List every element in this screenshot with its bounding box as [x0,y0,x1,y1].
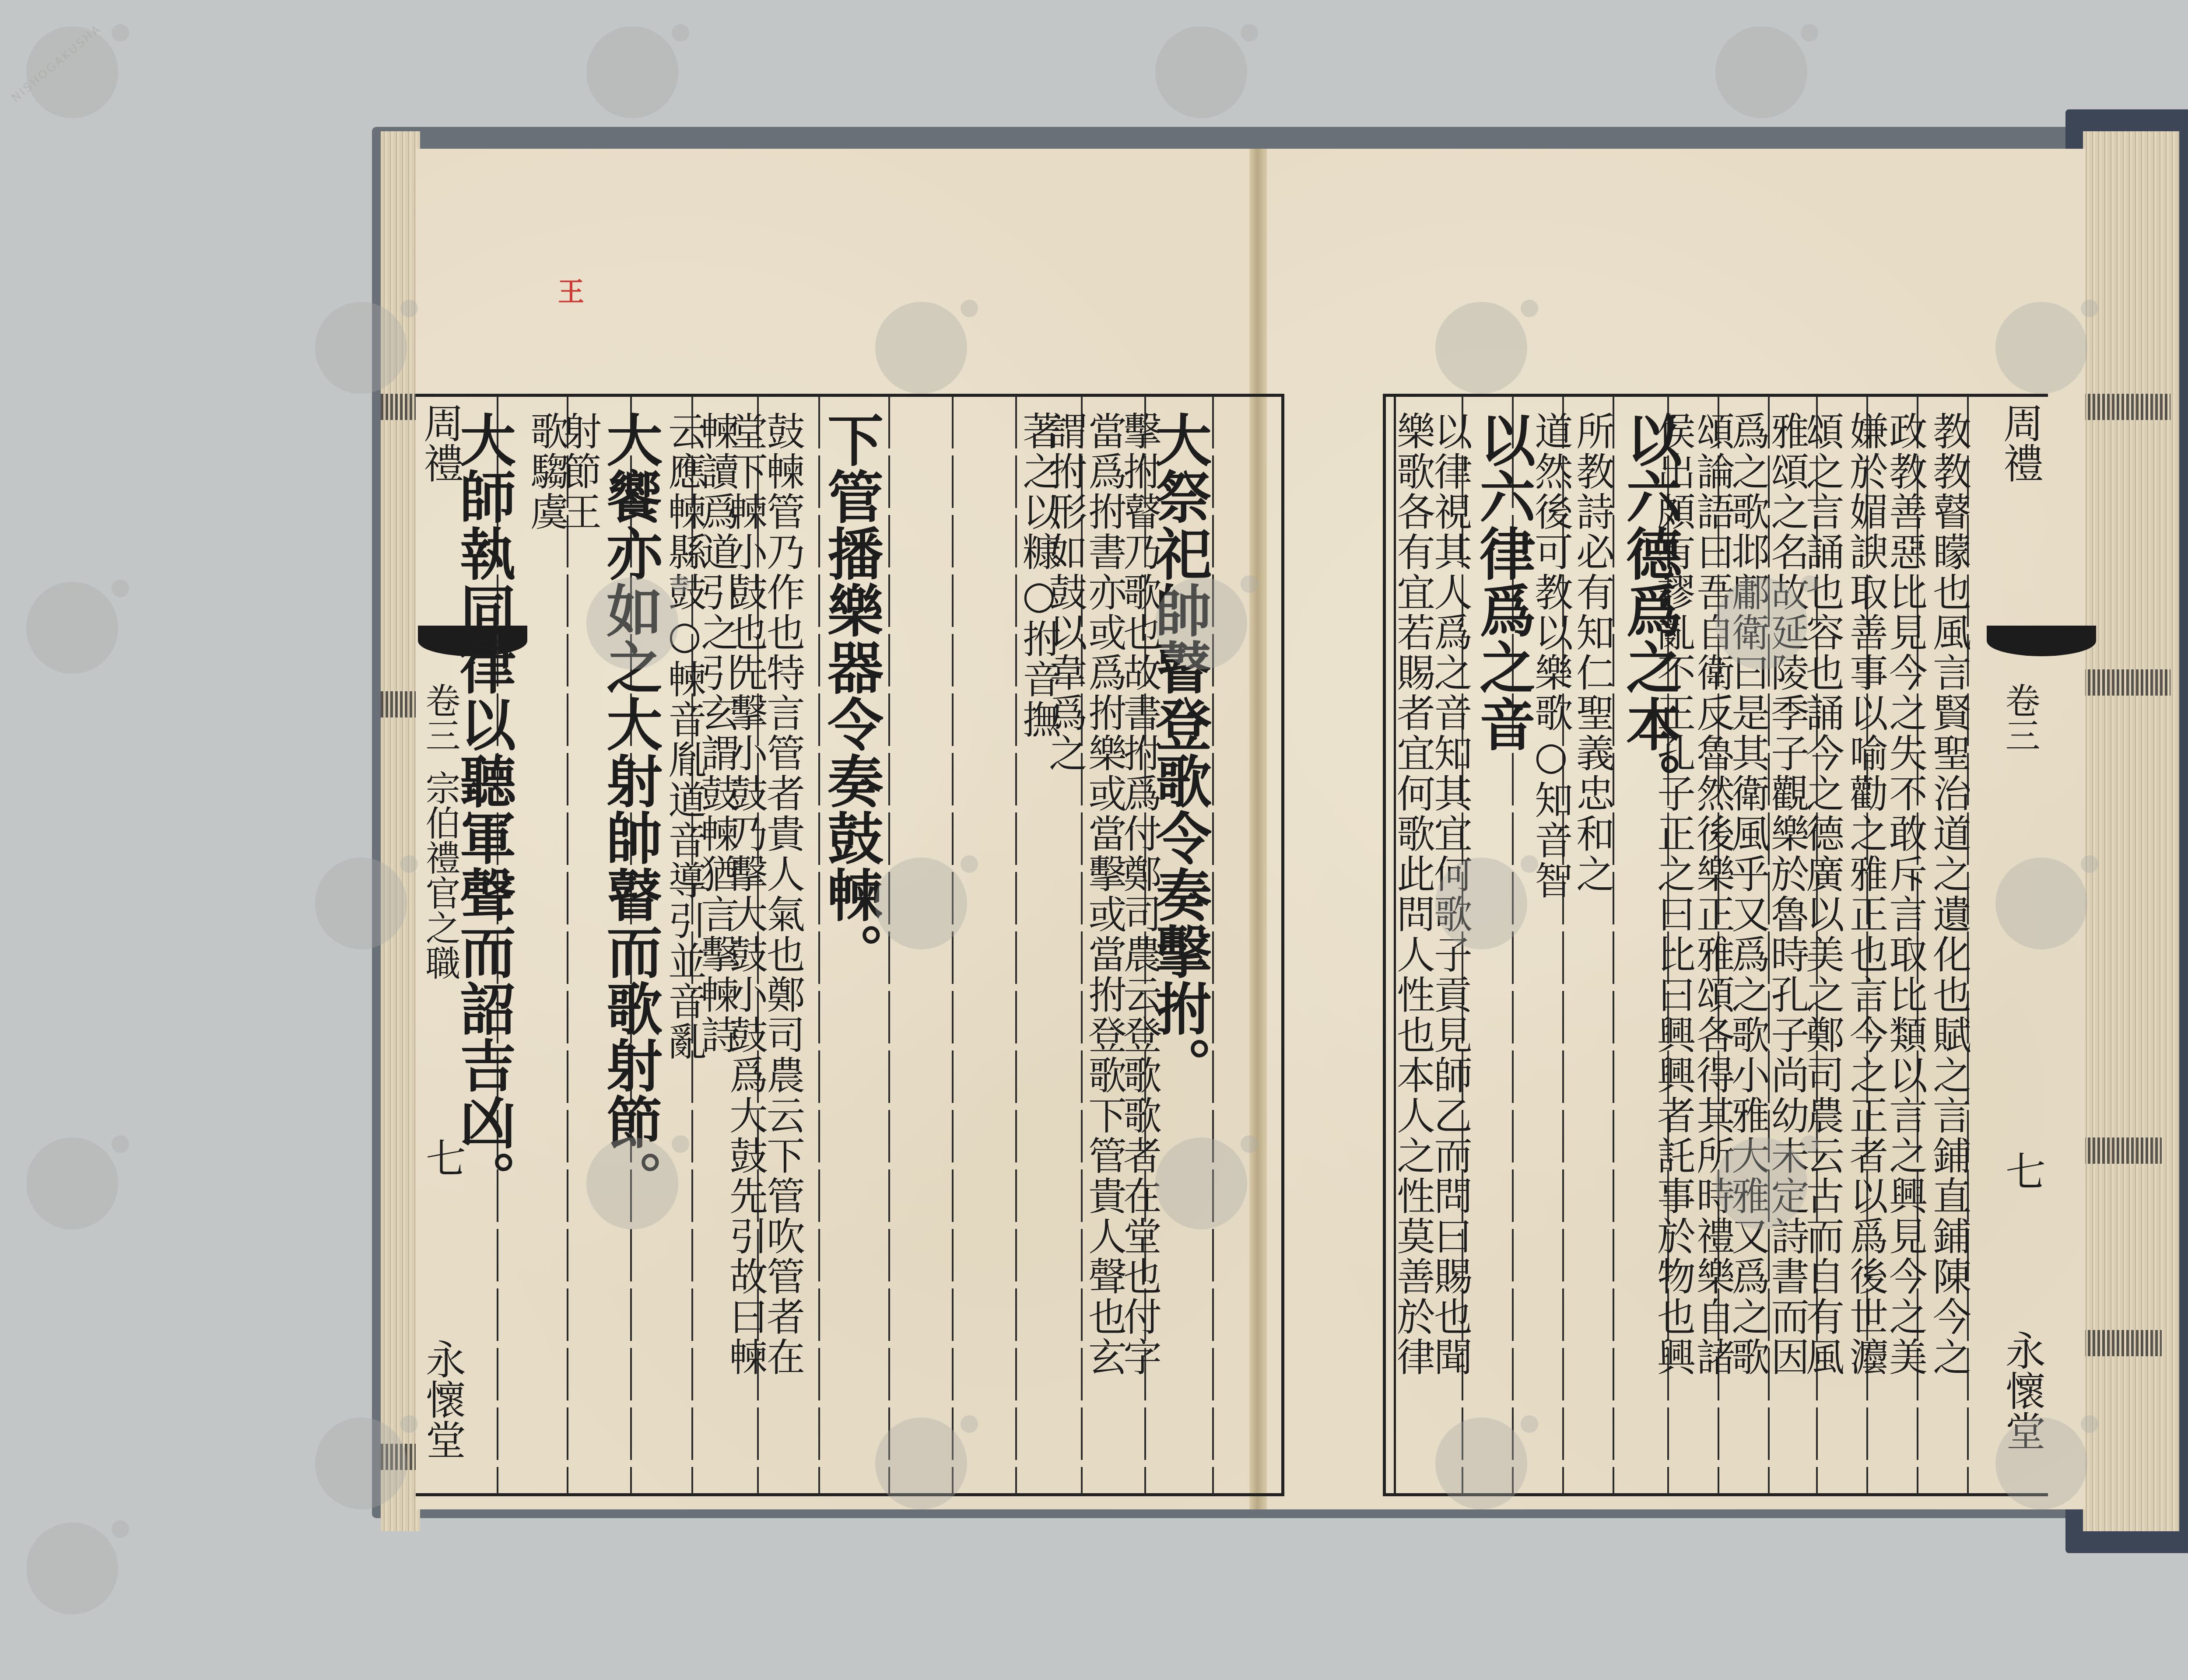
watermark-logo [1155,26,1247,118]
watermark-logo [1995,857,2087,949]
text-column-note: 雅頌之名故延陵季子觀樂於魯時孔子尚幼未定詩書而因 [1768,411,1806,1479]
watermark-logo [315,1417,407,1509]
red-stamp: 王 [558,271,584,309]
watermark-logo [1155,1137,1247,1229]
watermark-logo [875,302,967,394]
watermark-logo [1435,1417,1527,1509]
text-column-main: 大饗亦如之大射帥瞽而歌射節。 [602,411,658,1479]
right-leaf-number: 七 [2002,1151,2042,1191]
watermark-logo [315,857,407,949]
right-margin-volume: 卷三 [2002,682,2037,752]
text-column-note: 道然後可教以樂歌○知音智 [1532,411,1570,1479]
watermark-logo [1715,1137,1807,1229]
text-column-note: 所教詩必有知仁聖義忠和之 [1573,411,1612,1479]
text-column-note: 頌論語曰吾自衛反魯然後樂正雅頌各得其所時禮樂自諸 [1694,411,1732,1479]
watermark-logo [1715,577,1807,669]
watermark-logo [586,26,678,118]
text-column-note: 當爲拊書亦或爲拊樂或當擊或當拊登歌下管貴人聲也玄 [1085,411,1124,1479]
right-fishtail [1987,626,2096,656]
text-column-note: 樂歌各有宜若賜者宜何歌此問人性也本人之性莫善於律 [1394,411,1432,1479]
watermark-logo [1995,302,2087,394]
watermark-logo [875,857,967,949]
text-column-note: 著之以糠○拊音撫 [1020,411,1058,1479]
watermark-logo [26,582,118,674]
text-column-main: 大師執同律以聽軍聲而詔吉凶。 [455,411,511,1479]
watermark-logo [586,577,678,669]
column-rule [888,396,890,1494]
watermark-logo [1435,302,1527,394]
text-column-main: 以六德爲之本。 [1621,411,1677,1479]
watermark-logo [1435,857,1527,949]
text-column-note: 射節王 [560,411,599,1479]
column-rule [1212,396,1214,1494]
watermark-logo [26,1522,118,1614]
text-column-note: 政教善惡比見今之失不敢斥言取比類以言之興見今之美 [1886,411,1925,1479]
text-column-note: 教教瞽矇也風言賢聖治道之遺化也賦之言鋪直鋪陳今之 [1930,411,1968,1479]
text-column-note: 歌騶虞 [527,411,566,1479]
fore-edge-right [2083,131,2179,1531]
watermark-logo [315,302,407,394]
text-column-note: 鼓朄管乃作也特言管者貴人氣也鄭司農云下管吹管者在 [764,411,802,1479]
text-column-note: 嫌於媚諛取善事以喻勸之雅正也言今之正者以爲後世灋 [1847,411,1885,1479]
watermark-logo [1995,1417,2087,1509]
text-column-note: 云應朄縣鼓○朄音胤道音導引並音亂 [665,411,704,1479]
watermark-logo [26,1137,118,1229]
watermark-logo [1155,577,1247,669]
column-rule [952,396,954,1494]
text-column-main: 下管播樂器令奏鼓朄。 [823,411,879,1479]
watermark-logo [1715,26,1807,118]
watermark-logo [875,1417,967,1509]
right-margin-title: 周禮 [2000,402,2040,483]
watermark-logo [586,1137,678,1229]
